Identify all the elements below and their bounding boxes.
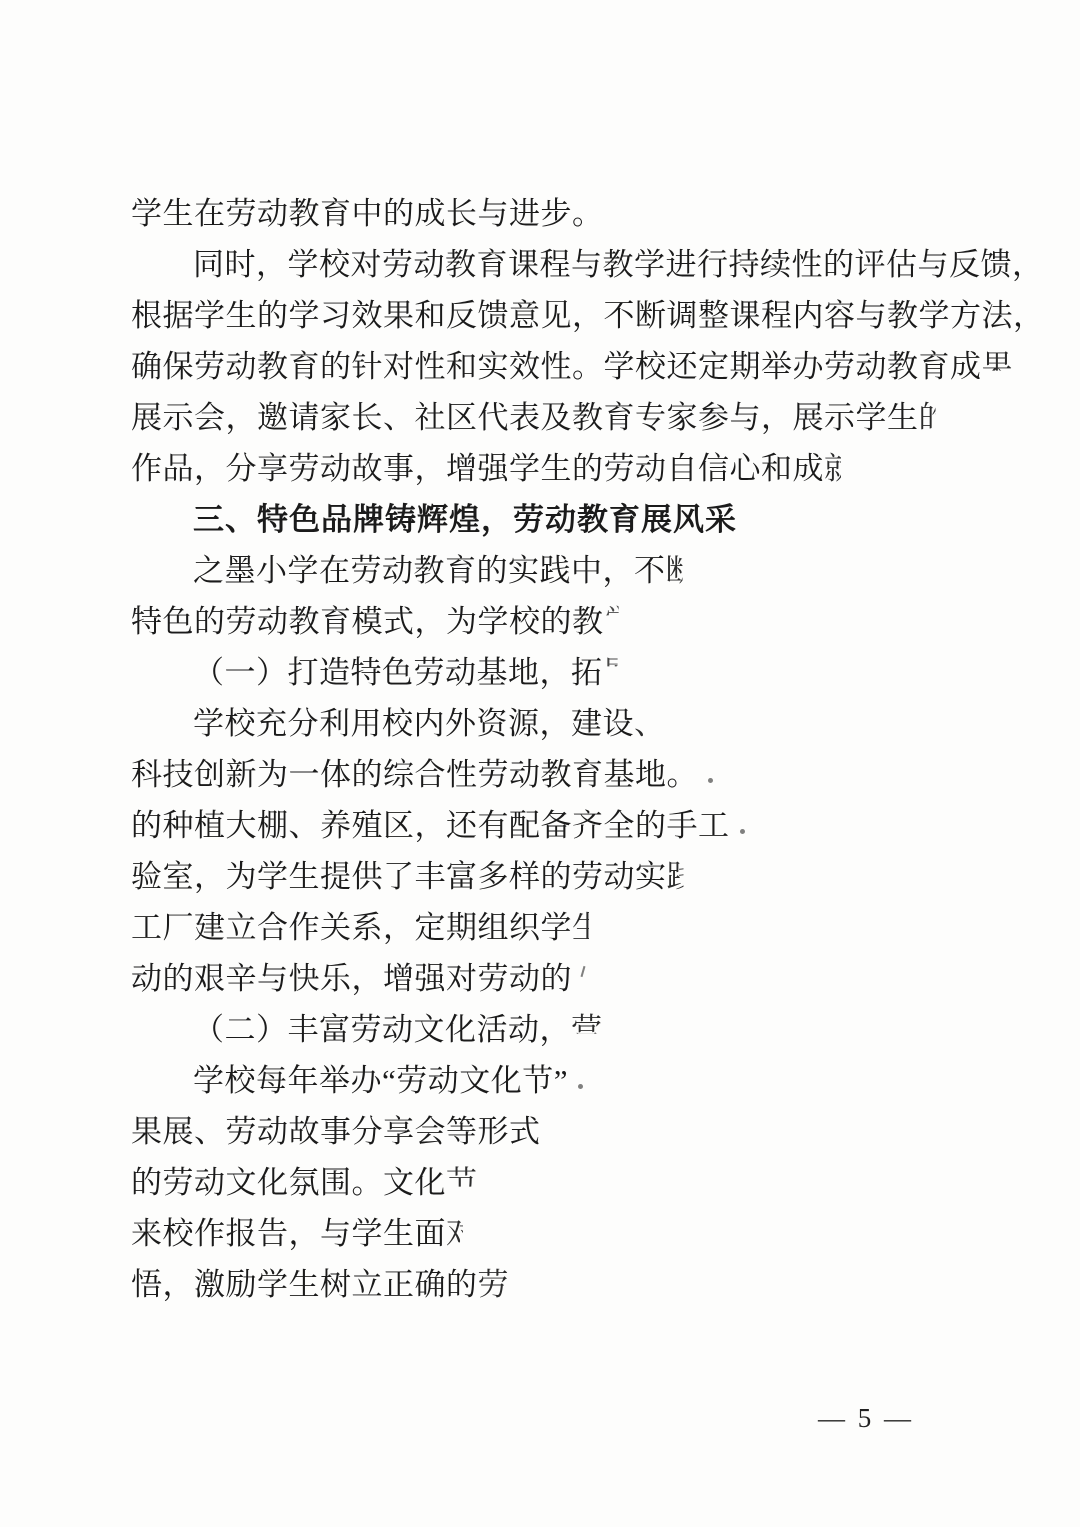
text-line: 作品，分享劳动故事，增强学生的劳动自信心和成就 (131, 443, 991, 494)
text-line: 工厂建立合作关系，定期组织学生 (131, 902, 991, 953)
text-line: 的劳动文化氛围。文化节 (131, 1157, 991, 1208)
line-text: 科技创新为一体的综合性劳动教育基地。 (131, 757, 698, 792)
line-text: 学生在劳动教育中的成长与进步。 (131, 196, 604, 231)
partial-char: 断 (666, 545, 698, 596)
partial-char: 、 (634, 698, 666, 749)
line-text: 验室，为学生提供了丰富多样的劳动实 (131, 859, 667, 894)
line-text: 作品，分享劳动故事，增强学生的劳动自信心和成 (131, 451, 824, 486)
partial-char: 践 (667, 851, 699, 902)
line-text: 展示会，邀请家长、社区代表及教育专家参与，展示学生 (131, 400, 919, 435)
text-line: 悟，激励学生树立正确的劳 (131, 1259, 991, 1310)
line-text: 同时，学校对劳动教育课程与教学进行持续性的评估与反馈， (193, 247, 1044, 282)
partial-char: 就 (824, 443, 856, 494)
document-text-block: 学生在劳动教育中的成长与进步。 同时，学校对劳动教育课程与教学进行持续性的评估与… (131, 188, 991, 1310)
line-text: （一）打造特色劳动基地，拓 (193, 655, 603, 690)
partial-char: 的 (919, 392, 951, 443)
line-text: 来校作报告，与学生面 (131, 1216, 446, 1251)
line-text: 动的艰辛与快乐，增强对劳动的 (131, 961, 572, 996)
text-line: 果展、劳动故事分享会等形式 (131, 1106, 991, 1157)
text-line: 科技创新为一体的综合性劳动教育基地。 (131, 749, 991, 800)
line-text: 特色的劳动教育模式，为学校的教 (131, 604, 604, 639)
text-line: 根据学生的学习效果和反馈意见，不断调整课程内容与教学方法， (131, 290, 991, 341)
text-line: 动的艰辛与快乐，增强对劳动的 (131, 953, 991, 1004)
text-line: 之墨小学在劳动教育的实践中，不断 (131, 545, 991, 596)
text-line: 学生在劳动教育中的成长与进步。 (131, 188, 991, 239)
page-number: — 5 — (818, 1403, 914, 1434)
line-text: 根据学生的学习效果和反馈意见，不断调整课程内容与教学方法， (131, 298, 1045, 333)
text-line: 特色的劳动教育模式，为学校的教学 (131, 596, 991, 647)
subsection-heading: （二）丰富劳动文化活动，营 (131, 1004, 991, 1055)
partial-char: 生 (572, 902, 604, 953)
line-text: 学校充分利用校内外资源，建设 (193, 706, 634, 741)
line-text: 确保劳动教育的针对性和实效性。学校还定期举办劳动教育成 (131, 349, 982, 384)
partial-char: 学 (604, 596, 636, 647)
subsection-heading: （一）打造特色劳动基地，拓展 (131, 647, 991, 698)
line-text: 果展、劳动故事分享会等形式 (131, 1114, 541, 1149)
partial-char: 营 (571, 1004, 603, 1055)
document-page: 学生在劳动教育中的成长与进步。 同时，学校对劳动教育课程与教学进行持续性的评估与… (0, 0, 1080, 1527)
line-text: 学校每年举办“劳动文化节” (193, 1063, 568, 1098)
text-line: 来校作报告，与学生面对 (131, 1208, 991, 1259)
partial-char: 劳 (478, 1259, 510, 1310)
text-line: 学校每年举办“劳动文化节” (131, 1055, 991, 1106)
text-line: 学校充分利用校内外资源，建设、 (131, 698, 991, 749)
line-text: 工厂建立合作关系，定期组织学 (131, 910, 572, 945)
partial-char: 展 (603, 647, 635, 698)
partial-char: 对 (446, 1208, 478, 1259)
line-text: （二）丰富劳动文化活动， (193, 1012, 571, 1047)
partial-char: 节 (446, 1157, 478, 1208)
text-line: 确保劳动教育的针对性和实效性。学校还定期举办劳动教育成果 (131, 341, 991, 392)
text-line: 展示会，邀请家长、社区代表及教育专家参与，展示学生的 (131, 392, 991, 443)
text-line: 验室，为学生提供了丰富多样的劳动实践 (131, 851, 991, 902)
line-text: 的劳动文化氛围。文化 (131, 1165, 446, 1200)
heading-text: 三、特色品牌铸辉煌，劳动教育展风采 (193, 502, 737, 537)
text-line: 同时，学校对劳动教育课程与教学进行持续性的评估与反馈， (131, 239, 991, 290)
line-text: 之墨小学在劳动教育的实践中，不 (193, 553, 666, 588)
partial-char: 果 (982, 341, 1014, 392)
line-text: 悟，激励学生树立正确的 (131, 1267, 478, 1302)
line-text: 的种植大棚、养殖区，还有配备齐全的手工 (131, 808, 730, 843)
text-line: 的种植大棚、养殖区，还有配备齐全的手工 (131, 800, 991, 851)
section-heading: 三、特色品牌铸辉煌，劳动教育展风采 (131, 494, 991, 545)
